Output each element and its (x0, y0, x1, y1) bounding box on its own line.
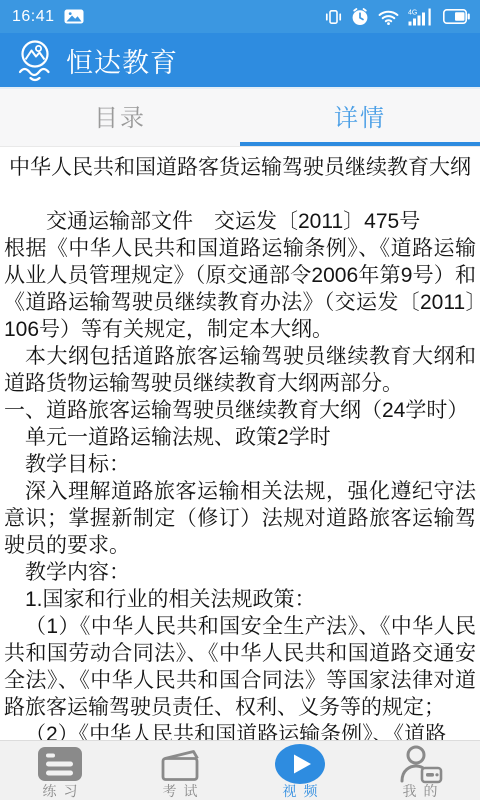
nav-label-exam: 考试 (156, 783, 205, 799)
document-paragraph: 1.国家和行业的相关法规政策： (4, 586, 476, 613)
nav-label-practice: 练习 (36, 783, 85, 799)
nav-item-exam[interactable]: 考试 (120, 741, 240, 800)
document-paragraph: 教学内容： (4, 559, 476, 586)
profile-icon (397, 745, 443, 783)
tab-details[interactable]: 详情 (240, 89, 480, 146)
status-bar-right: 4G (325, 8, 470, 26)
document-paragraph: 单元一道路运输法规、政策2学时 (4, 424, 476, 451)
document-paragraph: 本大纲包括道路旅客运输驾驶员继续教育大纲和道路货物运输驾驶员继续教育大纲两部分。 (4, 343, 476, 397)
practice-icon (37, 745, 83, 783)
signal-type-label: 4G (408, 9, 417, 16)
document-paragraph: 教学目标： (4, 451, 476, 478)
nav-item-profile[interactable]: 我的 (360, 741, 480, 800)
document-paragraph: （1）《中华人民共和国安全生产法》、《中华人民共和国劳动合同法》、《中华人民共和… (4, 613, 476, 721)
gallery-icon (64, 9, 84, 24)
signal-icon: 4G (408, 8, 434, 26)
document-paragraph: 根据《中华人民共和国道路运输条例》、《道路运输从业人员管理规定》（原交通部令20… (4, 235, 476, 343)
nav-item-video[interactable]: 视频 (240, 741, 360, 800)
alarm-icon (351, 8, 369, 26)
tab-details-label: 详情 (334, 98, 386, 133)
battery-icon (443, 9, 470, 24)
document-title: 中华人民共和国道路客货运输驾驶员继续教育大纲 (4, 154, 476, 181)
document-paragraph: 交通运输部文件 交运发〔2011〕475号 (4, 208, 476, 235)
tab-catalog-label: 目录 (94, 98, 146, 133)
app-title: 恒达教育 (66, 41, 178, 80)
video-icon (274, 745, 326, 783)
nav-item-practice[interactable]: 练习 (0, 741, 120, 800)
nav-label-profile: 我的 (396, 783, 445, 799)
document-body: 交通运输部文件 交运发〔2011〕475号根据《中华人民共和国道路运输条例》、《… (4, 208, 476, 740)
wifi-icon (378, 9, 399, 25)
clock-time: 16:41 (12, 8, 55, 26)
exam-icon (156, 745, 204, 783)
document-paragraph: （2）《中华人民共和国道路运输条例》、《道路 (4, 721, 476, 740)
document-content[interactable]: 中华人民共和国道路客货运输驾驶员继续教育大纲 交通运输部文件 交运发〔2011〕… (0, 147, 480, 740)
status-bar: 16:41 (0, 0, 480, 33)
vibrate-icon (325, 8, 342, 26)
tab-catalog[interactable]: 目录 (0, 89, 240, 146)
tab-bar: 目录 详情 (0, 89, 480, 147)
bottom-navigation: 练习 考试 视频 我的 (0, 740, 480, 800)
nav-label-video: 视频 (276, 783, 325, 799)
document-paragraph: 深入理解道路旅客运输相关法规，强化遵纪守法意识；掌握新制定（修订）法规对道路旅客… (4, 478, 476, 559)
document-paragraph: 一、道路旅客运输驾驶员继续教育大纲（24学时） (4, 397, 476, 424)
app-header: 恒达教育 (0, 33, 480, 89)
hengda-logo-icon (12, 37, 58, 83)
status-bar-left: 16:41 (12, 8, 84, 26)
